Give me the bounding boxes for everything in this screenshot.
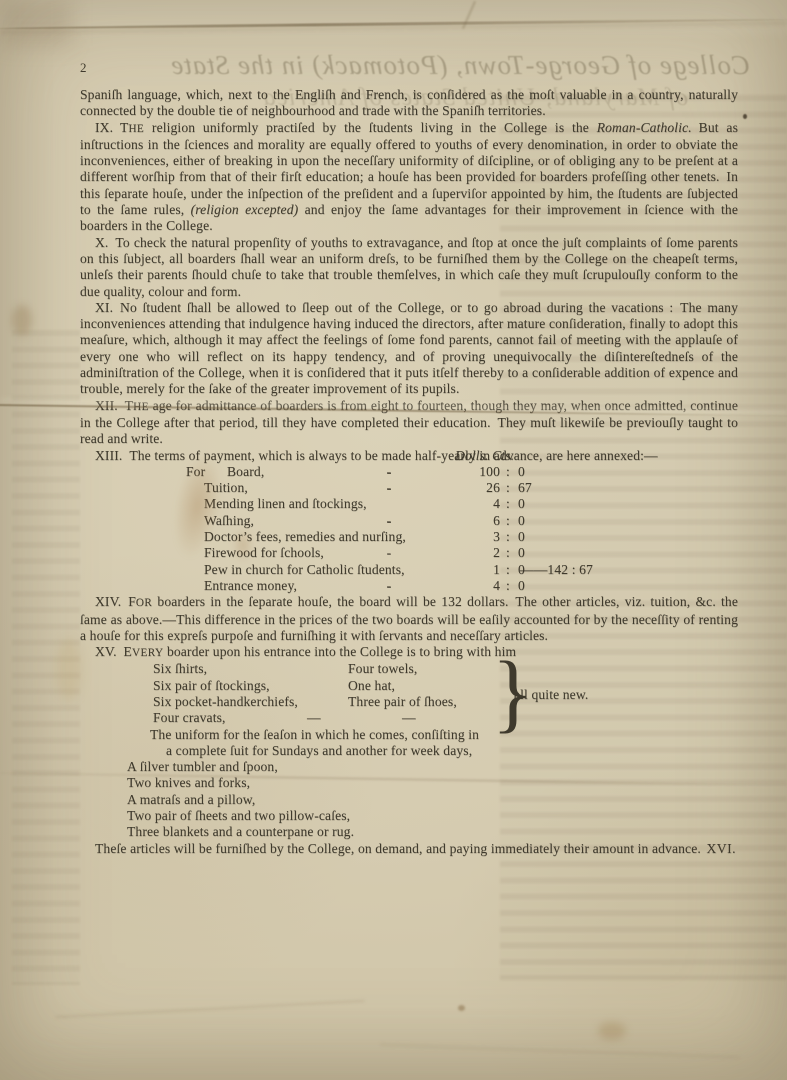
uniform-lines: The uniform for the ſeaſon in which he c…	[80, 727, 738, 760]
dollars-value: 3	[456, 529, 500, 545]
table-row: Tuition,---26:67	[80, 480, 738, 496]
colon: :	[506, 480, 510, 496]
row-label: Board,	[227, 464, 264, 480]
text-run: XI. No ſtudent ſhall be allowed to ſleep…	[80, 300, 738, 396]
list-item: A matraſs and a pillow,	[80, 792, 738, 808]
bring-section: XV. EVERY boarder upon his entrance into…	[80, 644, 738, 841]
text-run: age for admittance of boarders is from e…	[80, 398, 738, 447]
crease-shadow	[0, 21, 787, 37]
row-label: Tuition,	[204, 480, 248, 496]
text-run: OR	[136, 597, 152, 609]
row-label: Firewood for ſchools,	[204, 545, 324, 561]
paragraph-xii: XII. THE age for admittance of boarders …	[80, 398, 738, 448]
colon: :	[506, 464, 510, 480]
text-run: XIII. The terms of payment, which is alw…	[95, 448, 658, 463]
text-run: (religion excepted)	[191, 202, 299, 217]
page-number: 2	[80, 60, 87, 76]
cents-value: 0	[518, 513, 525, 529]
bleedthrough-text-band	[12, 330, 80, 985]
list-item: Two pair of ſheets and two pillow-caſes,	[80, 808, 738, 824]
row-prefix: For	[186, 464, 205, 480]
table-row: Mending linen and ſtockings,4:0	[80, 496, 738, 512]
dash: —	[402, 710, 416, 726]
bring-row: Six ſhirts,Four towels,	[80, 661, 738, 677]
cents-value: 0	[518, 496, 525, 512]
bring-left-item: Six pocket-handkerchiefs,	[153, 694, 298, 710]
paragraph-continuation: Spaniſh language, which, next to the Eng…	[80, 87, 738, 120]
bring-items: A ſilver tumbler and ſpoon,Two knives an…	[80, 759, 738, 840]
row-label: Mending linen and ſtockings,	[204, 496, 367, 512]
cents-value: 0	[518, 545, 525, 561]
text-run: boarder upon his entrance into the Colle…	[163, 644, 516, 659]
total-value: ——142 : 67	[520, 562, 593, 578]
text-run: XIV. F	[95, 594, 136, 609]
stain	[458, 1005, 465, 1011]
dollars-value: 26	[456, 480, 500, 496]
bring-row: Six pocket-handkerchiefs,Three pair of ſ…	[80, 694, 738, 710]
text-run: HE	[133, 401, 149, 413]
uniform-line: The uniform for the ſeaſon in which he c…	[80, 727, 738, 743]
closing-paragraph: Theſe articles will be furniſhed by the …	[80, 841, 738, 857]
table-row: Firewood for ſchools,-2:0	[80, 545, 738, 561]
text-run: Theſe articles will be furniſhed by the …	[95, 841, 701, 856]
dolls-cts-header: Dolls. Cts.	[455, 448, 514, 464]
bring-left-item: Six ſhirts,	[153, 661, 207, 677]
stain	[598, 1022, 626, 1040]
text-run: XV. E	[95, 644, 132, 659]
row-label: Waſhing,	[204, 513, 254, 529]
dollars-value: 6	[456, 513, 500, 529]
bring-left-item: Six pair of ſtockings,	[153, 678, 270, 694]
cents-value: 67	[518, 480, 532, 496]
wrinkle	[380, 1044, 740, 1059]
row-label: Pew in church for Catholic ſtudents,	[204, 562, 405, 578]
colon: :	[506, 496, 510, 512]
dollars-value: 2	[456, 545, 500, 561]
colon: :	[506, 513, 510, 529]
list-item: Two knives and forks,	[80, 775, 738, 791]
text-run: HE	[128, 123, 144, 135]
cents-value: 0	[518, 529, 525, 545]
text-run: Spaniſh language, which, next to the Eng…	[80, 87, 738, 118]
dollars-value: 100	[456, 464, 500, 480]
catchword-xvi: XVI.	[691, 841, 736, 857]
text-run: XII. T	[95, 398, 133, 413]
bring-left-item: Four cravats,	[153, 710, 226, 726]
list-item: A ſilver tumbler and ſpoon,	[80, 759, 738, 775]
stain	[56, 638, 82, 700]
paragraph-xi: XI. No ſtudent ſhall be allowed to ſleep…	[80, 300, 738, 398]
bring-row: Six pair of ſtockings,One hat,	[80, 678, 738, 694]
closing-text: Theſe articles will be furniſhed by the …	[95, 841, 701, 856]
table-row: Waſhing,---6:0	[80, 513, 738, 529]
table-row: Pew in church for Catholic ſtudents,1:0—…	[80, 562, 738, 578]
dollars-value: 4	[456, 496, 500, 512]
table-row: Doctor’s fees, remedies and nurſing,3:0	[80, 529, 738, 545]
table-row: ForBoard,---100:0	[80, 464, 738, 480]
stain	[12, 305, 32, 335]
table-row: Entrance money,--4:0	[80, 578, 738, 594]
uniform-line: a complete ſuit for Sundays and another …	[80, 743, 738, 759]
bleedthrough-title-line1: College of George-Town, (Potomack) in th…	[58, 50, 750, 81]
cents-value: 0	[518, 578, 525, 594]
paragraph-x: X. To check the natural propenſity of yo…	[80, 235, 738, 300]
payment-table: ForBoard,---100:0Tuition,---26:67Mending…	[80, 464, 738, 594]
dollars-value: 4	[456, 578, 500, 594]
paragraph-xiv: XIV. FOR boarders in the ſeparate houſe,…	[80, 594, 738, 644]
row-label: Entrance money,	[204, 578, 297, 594]
paragraph-xiii: XIII. The terms of payment, which is alw…	[80, 448, 738, 464]
text-run: X. To check the natural propenſity of yo…	[80, 235, 738, 299]
bring-row: Four cravats,——	[80, 710, 738, 726]
dash: —	[307, 710, 321, 726]
paragraph-xiii-text: XIII. The terms of payment, which is alw…	[80, 448, 738, 464]
bring-right-item: Four towels,	[348, 661, 417, 677]
cents-value: 0	[518, 464, 525, 480]
stain	[0, 0, 72, 46]
stain	[743, 114, 747, 119]
paragraph-xv-intro: XV. EVERY boarder upon his entrance into…	[80, 644, 738, 661]
colon: :	[506, 578, 510, 594]
document-body: Spaniſh language, which, next to the Eng…	[80, 87, 738, 857]
list-item: Three blankets and a counterpane or rug.	[80, 824, 738, 840]
text-run: boarders in the ſeparate houſe, the boar…	[80, 594, 738, 643]
text-run: IX. T	[95, 120, 128, 135]
text-run: VERY	[132, 647, 163, 659]
paragraph-ix: IX. THE religion uniformly practiſed by …	[80, 120, 738, 235]
dollars-value: 1	[456, 562, 500, 578]
text-run: Roman-Catholic.	[597, 120, 692, 135]
colon: :	[506, 545, 510, 561]
row-label: Doctor’s fees, remedies and nurſing,	[204, 529, 406, 545]
document-page: College of George-Town, (Potomack) in th…	[0, 0, 787, 1080]
bring-list: } all quite new. Six ſhirts,Four towels,…	[80, 661, 738, 726]
colon: :	[506, 529, 510, 545]
bring-right-item: Three pair of ſhoes,	[348, 694, 457, 710]
crease-line	[462, 1, 476, 29]
crease-line	[0, 18, 787, 30]
bring-right-item: One hat,	[348, 678, 395, 694]
text-run: religion uniformly practiſed by the ſtud…	[144, 120, 597, 135]
colon: :	[506, 562, 510, 578]
wrinkle	[55, 1000, 365, 1018]
